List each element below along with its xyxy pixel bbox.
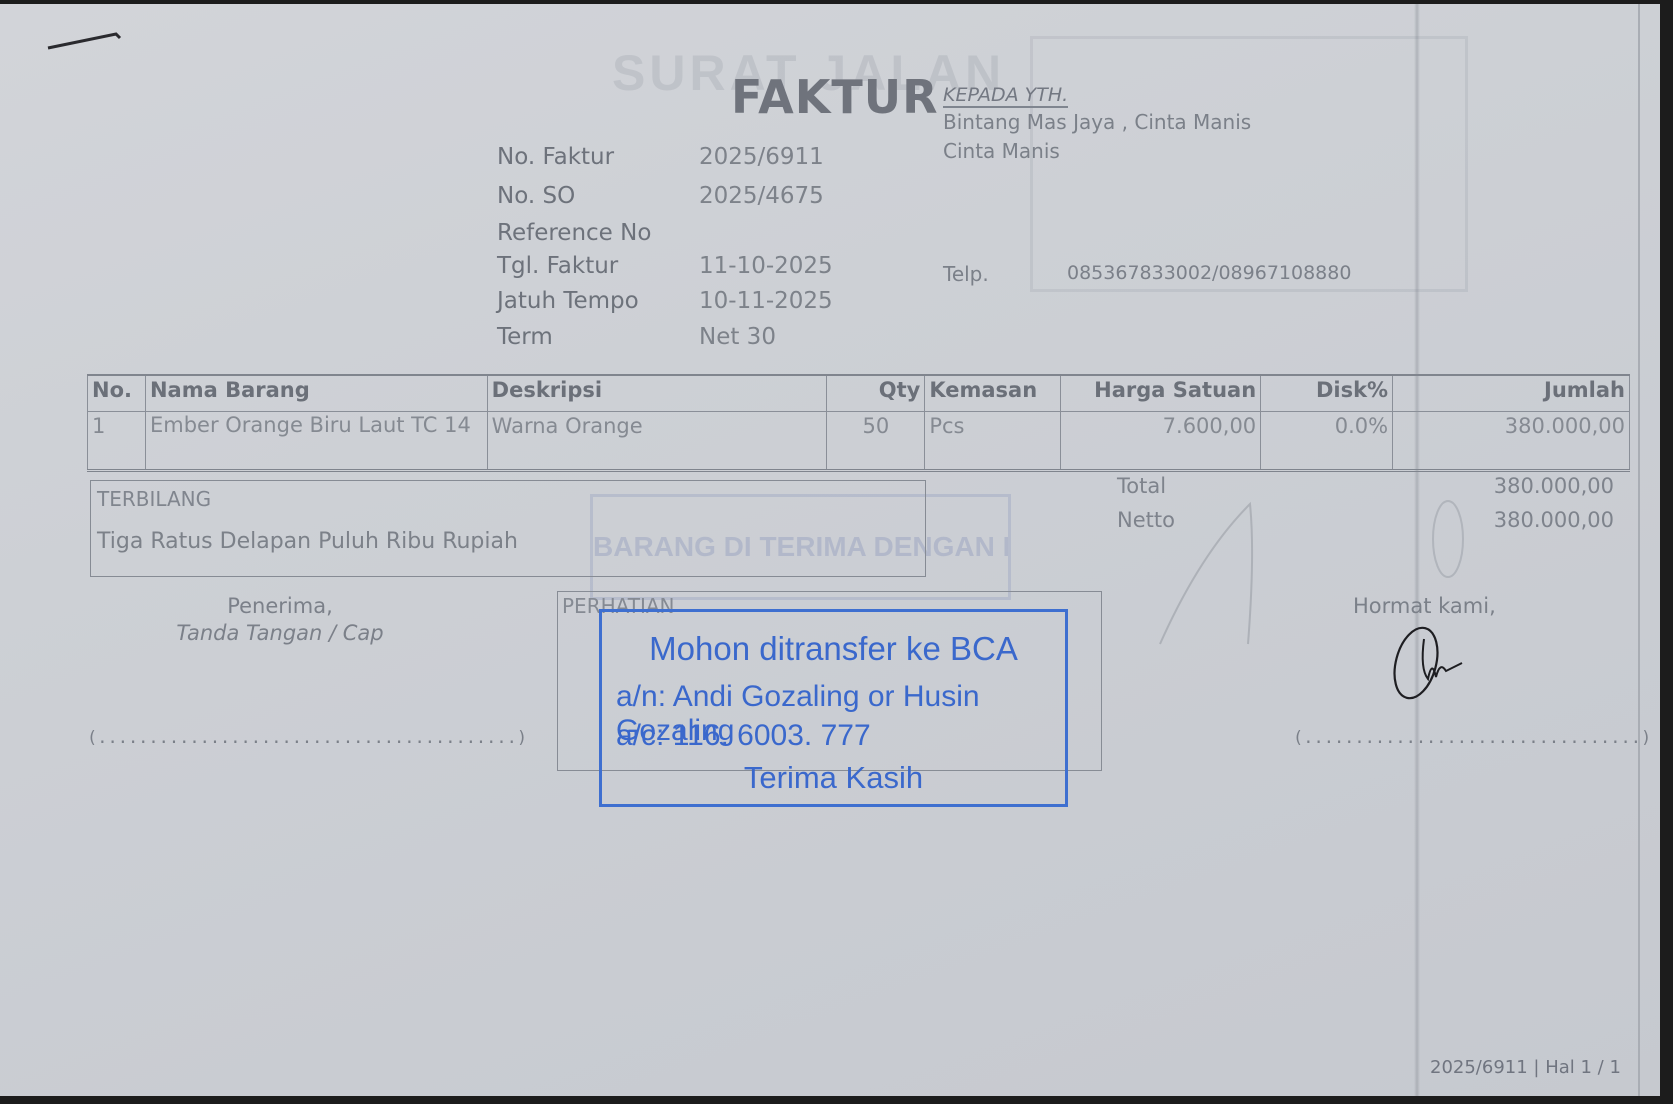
- label-term: Term: [497, 324, 553, 350]
- cell-no: 1: [88, 412, 146, 471]
- paper-edge: [1638, 4, 1640, 1096]
- terbilang-label: TERBILANG: [97, 487, 211, 511]
- value-tgl-faktur: 11-10-2025: [699, 253, 833, 279]
- label-no-faktur: No. Faktur: [497, 144, 614, 170]
- label-reference-no: Reference No: [497, 220, 651, 246]
- staple-mark: [44, 28, 124, 52]
- page-footer: 2025/6911 | Hal 1 / 1: [1430, 1057, 1621, 1078]
- recipient-phone: 085367833002/08967108880: [1067, 262, 1351, 284]
- document-title: FAKTUR: [731, 70, 939, 124]
- total-label: Total: [1117, 474, 1166, 498]
- items-table: No. Nama Barang Deskripsi Qty Kemasan Ha…: [87, 374, 1630, 472]
- total-value: 380.000,00: [1494, 474, 1614, 498]
- column-header-qty: Qty: [827, 375, 925, 412]
- label-tgl-faktur: Tgl. Faktur: [497, 253, 618, 279]
- label-jatuh-tempo: Jatuh Tempo: [497, 288, 639, 314]
- stamp-line-account-number: a/c: 116. 6003. 777: [616, 719, 871, 753]
- netto-label: Netto: [1117, 508, 1175, 532]
- invoice-paper: SURAT JALAN BARANG DI TERIMA DENGAN BAIK…: [0, 4, 1660, 1096]
- cell-harga-satuan: 7.600,00: [1061, 412, 1261, 471]
- column-header-nama-barang: Nama Barang: [145, 375, 487, 412]
- recipient-phone-label: Telp.: [943, 262, 989, 286]
- value-no-so: 2025/4675: [699, 183, 824, 209]
- receiver-sublabel: Tanda Tangan / Cap: [140, 621, 420, 645]
- column-header-jumlah: Jumlah: [1393, 375, 1630, 412]
- cell-nama-barang: Ember Orange Biru Laut TC 14: [145, 412, 487, 471]
- receiver-signature-line: (.......................................…: [87, 728, 527, 748]
- stamp-line-transfer: Mohon ditransfer ke BCA: [602, 630, 1065, 668]
- bank-transfer-stamp: Mohon ditransfer ke BCA a/n: Andi Gozali…: [599, 609, 1068, 807]
- stamp-line-thanks: Terima Kasih: [602, 760, 1065, 796]
- receiver-label: Penerima,: [140, 594, 420, 618]
- terbilang-box: TERBILANG Tiga Ratus Delapan Puluh Ribu …: [90, 480, 926, 577]
- value-term: Net 30: [699, 324, 776, 350]
- recipient-heading: KEPADA YTH.: [943, 84, 1068, 108]
- sender-signature-line: (.................................): [1293, 728, 1651, 748]
- column-header-disk: Disk%: [1261, 375, 1393, 412]
- cell-deskripsi: Warna Orange: [487, 412, 827, 471]
- terbilang-text: Tiga Ratus Delapan Puluh Ribu Rupiah: [97, 529, 518, 554]
- cell-jumlah: 380.000,00: [1393, 412, 1630, 471]
- value-jatuh-tempo: 10-11-2025: [699, 288, 833, 314]
- table-row: 1 Ember Orange Biru Laut TC 14 Warna Ora…: [88, 412, 1630, 471]
- bleed-through-box: [1030, 36, 1468, 292]
- table-header-row: No. Nama Barang Deskripsi Qty Kemasan Ha…: [88, 375, 1630, 412]
- column-header-no: No.: [88, 375, 146, 412]
- recipient-name: Bintang Mas Jaya , Cinta Manis: [943, 110, 1251, 134]
- label-no-so: No. SO: [497, 183, 575, 209]
- hormat-kami-label: Hormat kami,: [1353, 594, 1496, 618]
- paper-fold-line: [1414, 4, 1420, 1096]
- column-header-deskripsi: Deskripsi: [487, 375, 827, 412]
- pencil-mark-ok: [1420, 494, 1480, 584]
- cell-kemasan: Pcs: [925, 412, 1061, 471]
- value-no-faktur: 2025/6911: [699, 144, 824, 170]
- recipient-city: Cinta Manis: [943, 139, 1060, 163]
- column-header-kemasan: Kemasan: [925, 375, 1061, 412]
- cell-qty: 50: [827, 412, 925, 471]
- column-header-harga-satuan: Harga Satuan: [1061, 375, 1261, 412]
- signature-icon: [1390, 619, 1490, 709]
- netto-value: 380.000,00: [1494, 508, 1614, 532]
- cell-disk: 0.0%: [1261, 412, 1393, 471]
